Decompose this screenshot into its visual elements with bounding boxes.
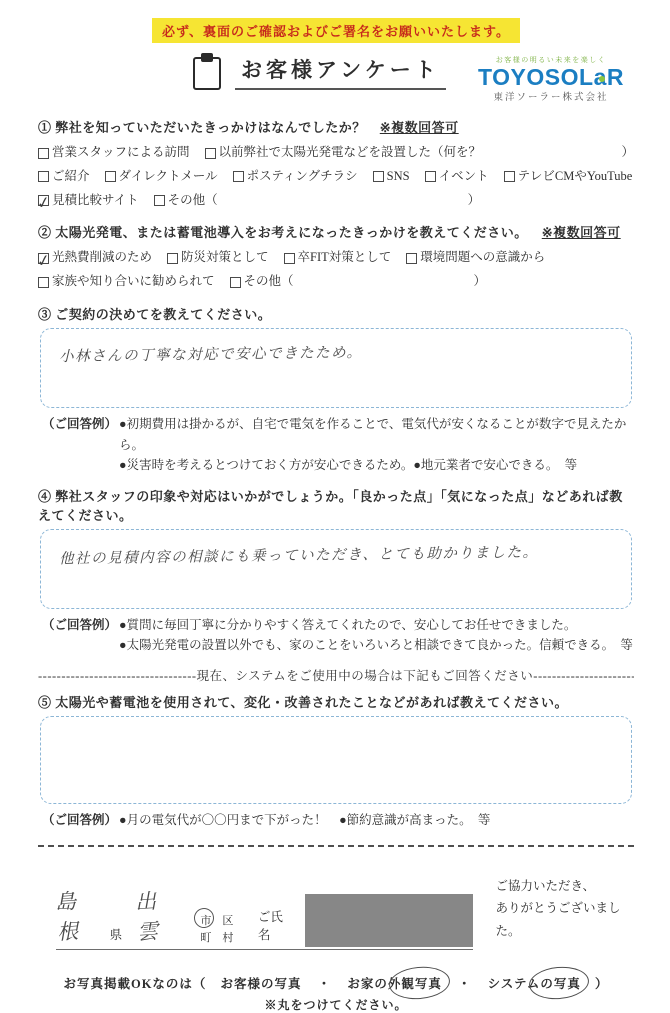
photo-prefix: お写真掲載OKなのは（ bbox=[63, 977, 206, 991]
checkbox-label: 防災対策として bbox=[181, 246, 269, 270]
q1-options-row-1: 営業スタッフによる訪問 以前弊社で太陽光発電などを設置した（何を？ ） bbox=[38, 141, 634, 165]
checkbox-label: 見積比較サイト bbox=[52, 189, 139, 213]
checkbox[interactable] bbox=[38, 148, 49, 159]
example-line: ●月の電気代が〇〇円まで下がった！ ●節約意識が高まった。 等 bbox=[119, 810, 490, 831]
checkbox-option: その他（ bbox=[230, 270, 294, 294]
checkbox[interactable] bbox=[373, 171, 384, 182]
top-banner-wrap: 必ず、裏面のご確認およびご署名をお願いいたします。 bbox=[38, 18, 634, 43]
checkbox-label: 環境問題への意識から bbox=[420, 246, 545, 270]
checkbox-option: ダイレクトメール bbox=[105, 165, 218, 189]
photo-circle-note: ※丸をつけてください。 bbox=[38, 996, 634, 1013]
multiple-answers-note: ※複数回答可 bbox=[380, 120, 459, 135]
unit-village[interactable]: 村 bbox=[220, 929, 236, 945]
checkbox[interactable] bbox=[105, 171, 116, 182]
multiple-answers-note: ※複数回答可 bbox=[542, 225, 621, 240]
checkbox-option: 以前弊社で太陽光発電などを設置した（何を？ bbox=[205, 141, 482, 165]
q4-answer-box[interactable]: 他社の見積内容の相談にも乗っていただき、とても助かりました。 bbox=[40, 529, 632, 609]
checkbox[interactable] bbox=[38, 195, 49, 206]
clipboard-icon bbox=[193, 53, 223, 91]
example-label: （ご回答例） bbox=[42, 414, 117, 476]
logo-company-name: 東洋ソーラー株式会社 bbox=[478, 89, 624, 103]
logo-brand: TOYOSOLaR bbox=[478, 65, 624, 89]
footer-row: 島根 県 出雲 市 区 町 村 ご氏名 ご協力いただき、 ありがとうございました… bbox=[38, 875, 634, 951]
header: お客様アンケート お客様の明るい未来を楽しく TOYOSOLaR 東洋ソーラー株… bbox=[38, 53, 634, 103]
example-label: （ご回答例） bbox=[42, 810, 117, 831]
checkbox[interactable] bbox=[38, 253, 49, 264]
q3-example: （ご回答例） ●初期費用は掛かるが、自宅で電気を作ることで、電気代が安くなること… bbox=[42, 414, 634, 476]
question-1-title: ① 弊社を知っていただいたきっかけはなんでしたか？※複数回答可 bbox=[38, 117, 634, 136]
redacted-name-box bbox=[305, 894, 473, 947]
checkbox[interactable] bbox=[406, 253, 417, 264]
checkbox-label: ポスティングチラシ bbox=[247, 165, 358, 189]
checkbox-option: 見積比較サイト bbox=[38, 189, 139, 213]
checkbox-option: 光熱費削減のため bbox=[38, 246, 152, 270]
checkbox-option: その他（ bbox=[154, 189, 218, 213]
page-title: お客様アンケート bbox=[235, 54, 446, 90]
question-5: ⑤ 太陽光や蓄電池を使用されて、変化・改善されたことなどがあれば教えてください。… bbox=[38, 692, 634, 831]
photo-option-system-circled[interactable]: システムの写真 bbox=[488, 974, 581, 992]
checkbox-option: ポスティングチラシ bbox=[233, 165, 358, 189]
question-2-title: ② 太陽光発電、または蓄電池導入をお考えになったきっかけを教えてください。※複数… bbox=[38, 222, 634, 241]
example-label: （ご回答例） bbox=[42, 615, 117, 656]
q5-example: （ご回答例） ●月の電気代が〇〇円まで下がった！ ●節約意識が高まった。 等 bbox=[42, 810, 634, 831]
q4-example: （ご回答例） ●質問に毎回丁寧に分かりやすく答えてくれたので、安心してお任せでき… bbox=[42, 615, 634, 656]
footer-separator bbox=[38, 845, 634, 847]
checkbox[interactable] bbox=[167, 253, 178, 264]
checkbox-option: テレビCMやYouTube bbox=[504, 165, 633, 189]
checkbox[interactable] bbox=[38, 171, 49, 182]
checkbox-label: 以前弊社で太陽光発電などを設置した（何を？ bbox=[219, 141, 482, 165]
photo-suffix: ） bbox=[595, 977, 609, 991]
checkbox-label: 光熱費削減のため bbox=[52, 246, 152, 270]
checkbox-label: 家族や知り合いに勧められて bbox=[52, 270, 215, 294]
checkbox-label: ご紹介 bbox=[52, 165, 90, 189]
checkbox[interactable] bbox=[38, 277, 49, 288]
q3-answer-box[interactable]: 小林さんの丁寧な対応で安心できたため。 bbox=[40, 328, 632, 408]
checkbox-option: ご紹介 bbox=[38, 165, 90, 189]
photo-permission-line: お写真掲載OKなのは（ お客様の写真 ・ お家の外観写真 ・ システムの写真 ） bbox=[38, 974, 634, 992]
checkbox-label: 卒FIT対策として bbox=[298, 246, 392, 270]
title-group: お客様アンケート bbox=[193, 53, 446, 91]
reverse-side-notice: 必ず、裏面のご確認およびご署名をお願いいたします。 bbox=[152, 18, 520, 43]
question-3: ③ ご契約の決めてを教えてください。 小林さんの丁寧な対応で安心できたため。 （… bbox=[38, 304, 634, 476]
checkbox[interactable] bbox=[504, 171, 515, 182]
checkbox-option: SNS bbox=[373, 165, 410, 189]
close-paren: ） bbox=[621, 141, 634, 165]
municipality-units: 市 区 町 村 bbox=[198, 912, 236, 945]
checkbox[interactable] bbox=[205, 148, 216, 159]
checkbox[interactable] bbox=[425, 171, 436, 182]
checkbox[interactable] bbox=[154, 195, 165, 206]
example-line: ●災害時を考えるとつけておく方が安心できるため。●地元業者で安心できる。 等 bbox=[119, 455, 634, 476]
question-4: ④ 弊社スタッフの印象や対応はいかがでしょうか。「良かった点」「気になった点」な… bbox=[38, 486, 634, 656]
question-1: ① 弊社を知っていただいたきっかけはなんでしたか？※複数回答可 営業スタッフによ… bbox=[38, 117, 634, 212]
checkbox[interactable] bbox=[233, 171, 244, 182]
separator-dot: ・ bbox=[458, 977, 472, 991]
question-5-title: ⑤ 太陽光や蓄電池を使用されて、変化・改善されたことなどがあれば教えてください。 bbox=[38, 692, 634, 711]
question-4-title: ④ 弊社スタッフの印象や対応はいかがでしょうか。「良かった点」「気になった点」な… bbox=[38, 486, 634, 524]
survey-form: { "banner": { "text": "必ず、裏面のご確認およびご署名をお… bbox=[0, 0, 670, 890]
name-label: ご氏名 bbox=[258, 907, 294, 943]
prefecture-label: 県 bbox=[110, 925, 123, 943]
checkbox-option: 環境問題への意識から bbox=[406, 246, 545, 270]
prefecture-handwritten: 島根 bbox=[54, 884, 102, 947]
checkbox[interactable] bbox=[230, 277, 241, 288]
q3-handwritten-answer: 小林さんの丁寧な対応で安心できたため。 bbox=[59, 341, 363, 366]
checkbox-option: 家族や知り合いに勧められて bbox=[38, 270, 215, 294]
company-logo: お客様の明るい未来を楽しく TOYOSOLaR 東洋ソーラー株式会社 bbox=[478, 55, 624, 103]
checkbox[interactable] bbox=[284, 253, 295, 264]
city-handwritten: 出雲 bbox=[134, 884, 182, 947]
checkbox-label: SNS bbox=[387, 165, 410, 189]
q2-options-row-1: 光熱費削減のため 防災対策として 卒FIT対策として 環境問題への意識から bbox=[38, 246, 634, 270]
example-line: ●太陽光発電の設置以外でも、家のことをいろいろと相談できて良かった。信頼できる。… bbox=[119, 635, 633, 656]
question-2: ② 太陽光発電、または蓄電池導入をお考えになったきっかけを教えてください。※複数… bbox=[38, 222, 634, 294]
system-users-divider: ----------------------------------現在、システ… bbox=[38, 666, 634, 684]
question-3-title: ③ ご契約の決めてを教えてください。 bbox=[38, 304, 634, 323]
unit-ward[interactable]: 区 bbox=[220, 912, 236, 928]
thanks-message: ご協力いただき、 ありがとうございました。 bbox=[495, 875, 634, 951]
example-line: ●初期費用は掛かるが、自宅で電気を作ることで、電気代が安くなることが数字で見えた… bbox=[119, 414, 634, 455]
checkbox-label: 営業スタッフによる訪問 bbox=[52, 141, 190, 165]
checkbox-label: ダイレクトメール bbox=[119, 165, 218, 189]
q1-options-row-3: 見積比較サイト その他（ ） bbox=[38, 189, 634, 213]
checkbox-label: イベント bbox=[439, 165, 489, 189]
address-line: 島根 県 出雲 市 区 町 村 ご氏名 bbox=[56, 885, 473, 950]
separator-dot: ・ bbox=[318, 977, 332, 991]
checkbox-option: 営業スタッフによる訪問 bbox=[38, 141, 190, 165]
checkbox-label: その他（ bbox=[168, 189, 218, 213]
checkbox-option: 防災対策として bbox=[167, 246, 269, 270]
close-paren: ） bbox=[474, 270, 487, 294]
unit-town[interactable]: 町 bbox=[198, 929, 214, 945]
checkbox-label: その他（ bbox=[244, 270, 294, 294]
example-line: ●質問に毎回丁寧に分かりやすく答えてくれたので、安心してお任せできました。 bbox=[119, 615, 633, 636]
unit-city-circled[interactable]: 市 bbox=[198, 912, 214, 928]
q4-handwritten-answer: 他社の見積内容の相談にも乗っていただき、とても助かりました。 bbox=[59, 540, 539, 568]
checkbox-option: イベント bbox=[425, 165, 489, 189]
q1-options-row-2: ご紹介 ダイレクトメール ポスティングチラシ SNS イベント テレビCMやYo… bbox=[38, 165, 634, 189]
photo-option-customer[interactable]: お客様の写真 bbox=[221, 974, 302, 992]
checkbox-option: 卒FIT対策として bbox=[284, 246, 392, 270]
q5-answer-box[interactable] bbox=[40, 716, 632, 804]
close-paren: ） bbox=[468, 189, 481, 213]
q2-options-row-2: 家族や知り合いに勧められて その他（ ） bbox=[38, 270, 634, 294]
checkbox-label: テレビCMやYouTube bbox=[518, 165, 633, 189]
photo-option-house-circled[interactable]: お家の外観写真 bbox=[347, 974, 442, 992]
